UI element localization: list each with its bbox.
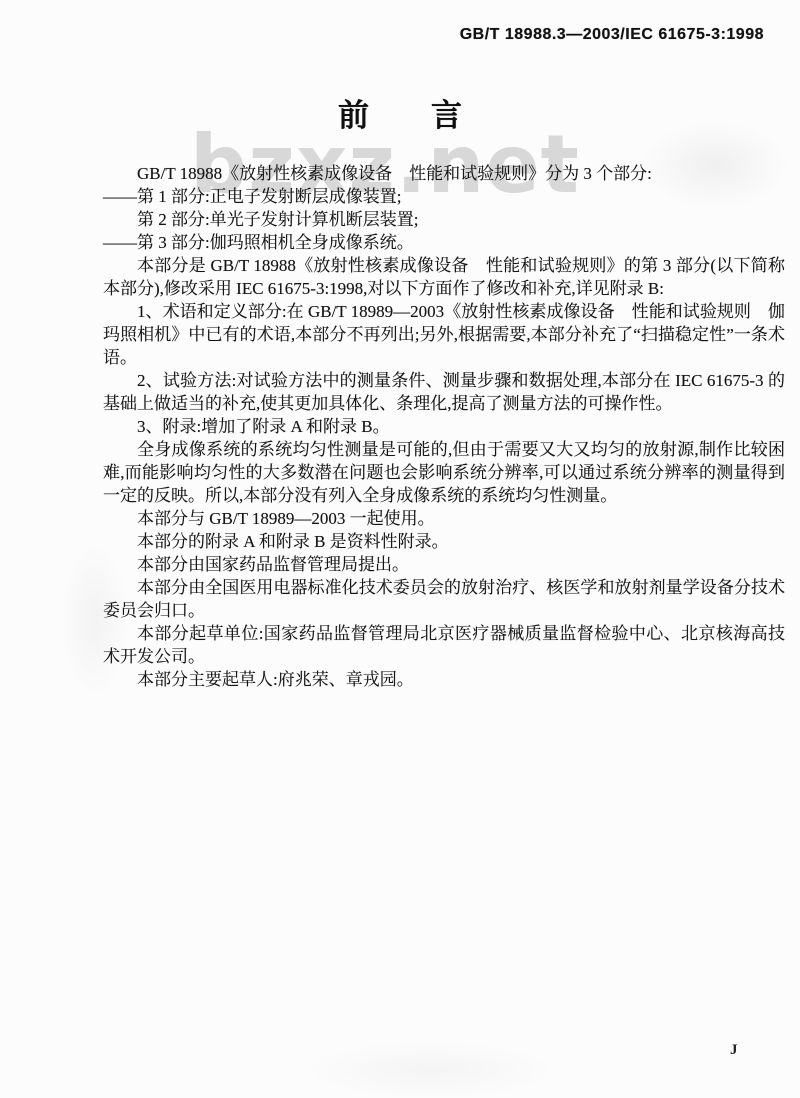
document-body: GB/T 18988《放射性核素成像设备 性能和试验规则》分为 3 个部分:——… [103, 162, 785, 691]
scan-smudge [300, 1040, 560, 1098]
page-title: 前 言 [0, 90, 800, 135]
paragraph: ——第 3 部分:伽玛照相机全身成像系统。 [103, 231, 785, 254]
paragraph: 3、附录:增加了附录 A 和附录 B。 [103, 415, 785, 438]
page-number: J [730, 1042, 738, 1059]
paragraph: 1、术语和定义部分:在 GB/T 18989—2003《放射性核素成像设备 性能… [103, 300, 785, 369]
document-page: bzxz.net GB/T 18988.3—2003/IEC 61675-3:1… [0, 0, 800, 1098]
paragraph: 本部分是 GB/T 18988《放射性核素成像设备 性能和试验规则》的第 3 部… [103, 254, 785, 300]
paragraph: ——第 1 部分:正电子发射断层成像装置; [103, 185, 785, 208]
paragraph: 本部分起草单位:国家药品监督管理局北京医疗器械质量监督检验中心、北京核海高技术开… [103, 622, 785, 668]
paragraph: GB/T 18988《放射性核素成像设备 性能和试验规则》分为 3 个部分: [103, 162, 785, 185]
paragraph: 本部分与 GB/T 18989—2003 一起使用。 [103, 507, 785, 530]
paragraph: 本部分由全国医用电器标准化技术委员会的放射治疗、核医学和放射剂量学设备分技术委员… [103, 576, 785, 622]
paragraph: 第 2 部分:单光子发射计算机断层装置; [103, 208, 785, 231]
paragraph: 本部分由国家药品监督管理局提出。 [103, 553, 785, 576]
paragraph: 本部分主要起草人:府兆荣、章戎园。 [103, 668, 785, 691]
standard-number: GB/T 18988.3—2003/IEC 61675-3:1998 [460, 26, 764, 44]
paragraph: 本部分的附录 A 和附录 B 是资料性附录。 [103, 530, 785, 553]
paragraph: 2、试验方法:对试验方法中的测量条件、测量步骤和数据处理,本部分在 IEC 61… [103, 369, 785, 415]
paragraph: 全身成像系统的系统均匀性测量是可能的,但由于需要又大又均匀的放射源,制作比较困难… [103, 438, 785, 507]
